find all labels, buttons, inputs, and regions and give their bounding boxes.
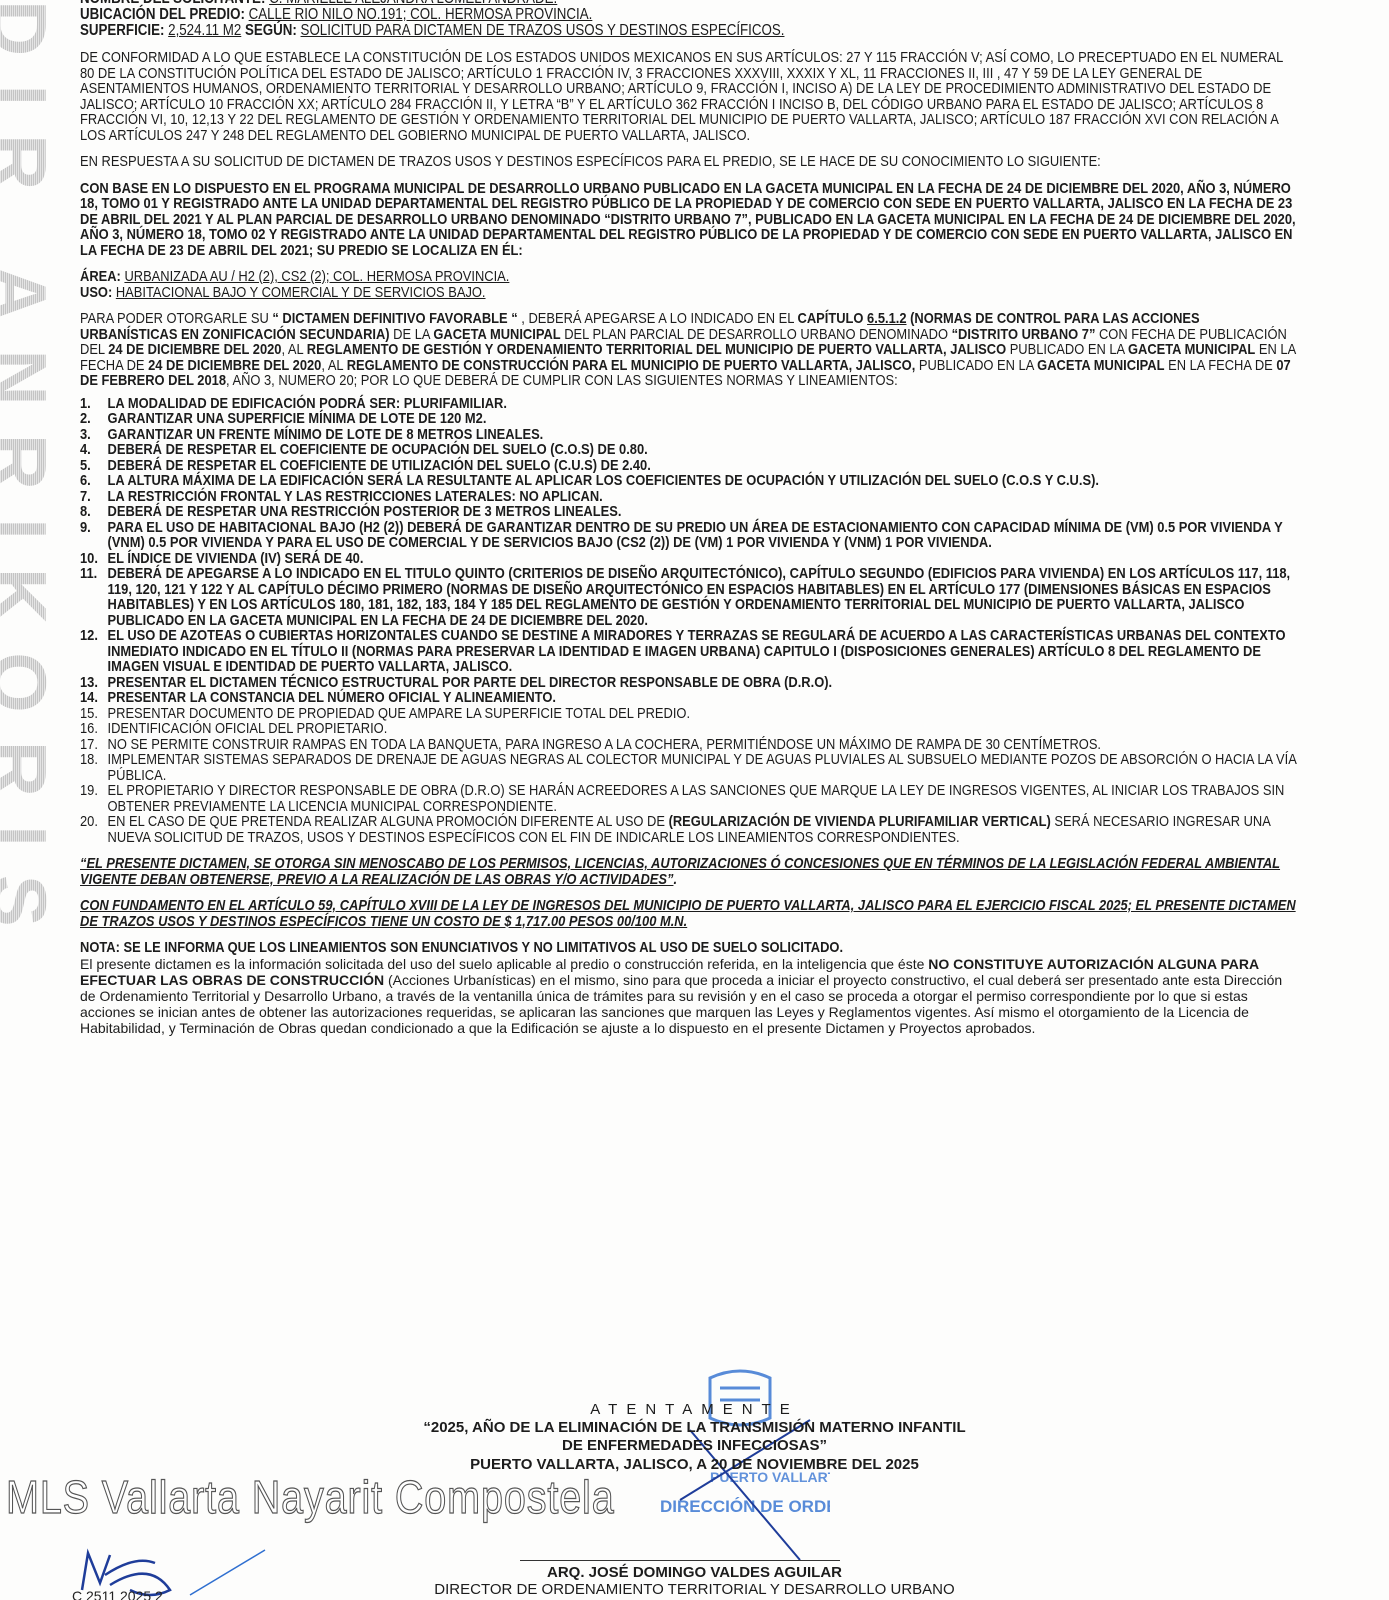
norms-list: 1.LA MODALIDAD DE EDIFICACIÓN PODRÁ SER:… [80, 396, 1298, 815]
zoning-block: ÁREA: URBANIZADA AU / H2 (2), CS2 (2); C… [80, 269, 1298, 300]
request-header: NOMBRE DEL SOLICITANTE: C. MARIELLE ALEJ… [80, 0, 1298, 39]
mls-overlay-watermark: MLS Vallarta Nayarit Compostela [6, 1470, 615, 1524]
norm-item: 17.NO SE PERMITE CONSTRUIR RAMPAS EN TOD… [80, 737, 1298, 753]
signer-name: ARQ. JOSÉ DOMINGO VALDES AGUILAR [0, 1565, 1389, 1581]
note-body: El presente dictamen es la información s… [80, 956, 1298, 1036]
norm-item: 7.LA RESTRICCIÓN FRONTAL Y LAS RESTRICCI… [80, 489, 1298, 505]
closing-motto-line2: DE ENFERMEDADES INFECCIOSAS” [0, 1437, 1389, 1455]
norm-item: 19.EL PROPIETARIO Y DIRECTOR RESPONSABLE… [80, 783, 1298, 814]
location-row: UBICACIÓN DEL PREDIO: CALLE RIO NILO NO.… [80, 7, 1298, 23]
zoning-use-value: HABITACIONAL BAJO Y COMERCIAL Y DE SERVI… [116, 284, 486, 301]
program-basis-paragraph: CON BASE EN LO DISPUESTO EN EL PROGRAMA … [80, 181, 1298, 259]
signer-title: DIRECTOR DE ORDENAMIENTO TERRITORIAL Y D… [0, 1582, 1389, 1598]
location-value: CALLE RIO NILO NO.191; COL. HERMOSA PROV… [249, 6, 593, 23]
vertical-watermark-logo: DIR ANRIKORIS [0, 0, 68, 1600]
svg-text:DIRECCIÓN DE ORDENAMIENTO: DIRECCIÓN DE ORDENAMIENTO [660, 1497, 830, 1516]
norm-item: 3.GARANTIZAR UN FRENTE MÍNIMO DE LOTE DE… [80, 427, 1298, 443]
watermark-text: DIR ANRIKORIS [0, 0, 64, 955]
requirements-intro-paragraph: PARA PODER OTORGARLE SU “ DICTAMEN DEFIN… [80, 311, 1298, 389]
closing-salutation: ATENTAMENTE [0, 1401, 1389, 1419]
document-page: NOMBRE DEL SOLICITANTE: C. MARIELLE ALEJ… [80, 0, 1298, 1036]
norm-item: 15.PRESENTAR DOCUMENTO DE PROPIEDAD QUE … [80, 706, 1298, 722]
norm-item: 8.DEBERÁ DE RESPETAR UNA RESTRICCIÓN POS… [80, 504, 1298, 520]
footer-reference: C 2511 2025 2 [72, 1588, 163, 1600]
norm-item: 10.EL ÍNDICE DE VIVIENDA (IV) SERÁ DE 40… [80, 551, 1298, 567]
signature-line [520, 1560, 840, 1561]
norm-item: 11.DEBERÁ DE APEGARSE A LO INDICADO EN E… [80, 566, 1298, 628]
norm-item: 18.IMPLEMENTAR SISTEMAS SEPARADOS DE DRE… [80, 752, 1298, 783]
surface-row: SUPERFICIE: 2,524.11 M2 SEGÚN: SOLICITUD… [80, 23, 1298, 39]
fee-statement: CON FUNDAMENTO EN EL ARTÍCULO 59, CAPÍTU… [80, 898, 1298, 929]
norm-item: 14.PRESENTAR LA CONSTANCIA DEL NÚMERO OF… [80, 690, 1298, 706]
norm-item: 16.IDENTIFICACIÓN OFICIAL DEL PROPIETARI… [80, 721, 1298, 737]
norm-item: 6.LA ALTURA MÁXIMA DE LA EDIFICACIÓN SER… [80, 473, 1298, 489]
response-intro-paragraph: EN RESPUESTA A SU SOLICITUD DE DICTAMEN … [80, 154, 1298, 170]
norm-item: 12.EL USO DE AZOTEAS O CUBIERTAS HORIZON… [80, 628, 1298, 675]
environmental-disclaimer: “EL PRESENTE DICTAMEN, SE OTORGA SIN MEN… [80, 856, 1298, 887]
norm-item: 2.GARANTIZAR UNA SUPERFICIE MÍNIMA DE LO… [80, 411, 1298, 427]
surface-value: 2,524.11 M2 [168, 22, 241, 39]
norm-item: 13.PRESENTAR EL DICTAMEN TÉCNICO ESTRUCT… [80, 675, 1298, 691]
closing-motto-line1: “2025, AÑO DE LA ELIMINACIÓN DE LA TRANS… [0, 1419, 1389, 1437]
norm-item: 5.DEBERÁ DE RESPETAR EL COEFICIENTE DE U… [80, 458, 1298, 474]
norm-item: 20.EN EL CASO DE QUE PRETENDA REALIZAR A… [80, 814, 1298, 845]
norm-item: 4.DEBERÁ DE RESPETAR EL COEFICIENTE DE O… [80, 442, 1298, 458]
according-value: SOLICITUD PARA DICTAMEN DE TRAZOS USOS Y… [301, 22, 785, 39]
norm-item: 1.LA MODALIDAD DE EDIFICACIÓN PODRÁ SER:… [80, 396, 1298, 412]
zoning-area-value: URBANIZADA AU / H2 (2), CS2 (2); COL. HE… [124, 268, 509, 285]
note-heading: NOTA: SE LE INFORMA QUE LOS LINEAMIENTOS… [80, 940, 1298, 956]
legal-basis-paragraph: DE CONFORMIDAD A LO QUE ESTABLECE LA CON… [80, 50, 1298, 143]
norms-list-tail: 20.EN EL CASO DE QUE PRETENDA REALIZAR A… [80, 814, 1298, 845]
norm-item: 9.PARA EL USO DE HABITACIONAL BAJO (H2 (… [80, 520, 1298, 551]
